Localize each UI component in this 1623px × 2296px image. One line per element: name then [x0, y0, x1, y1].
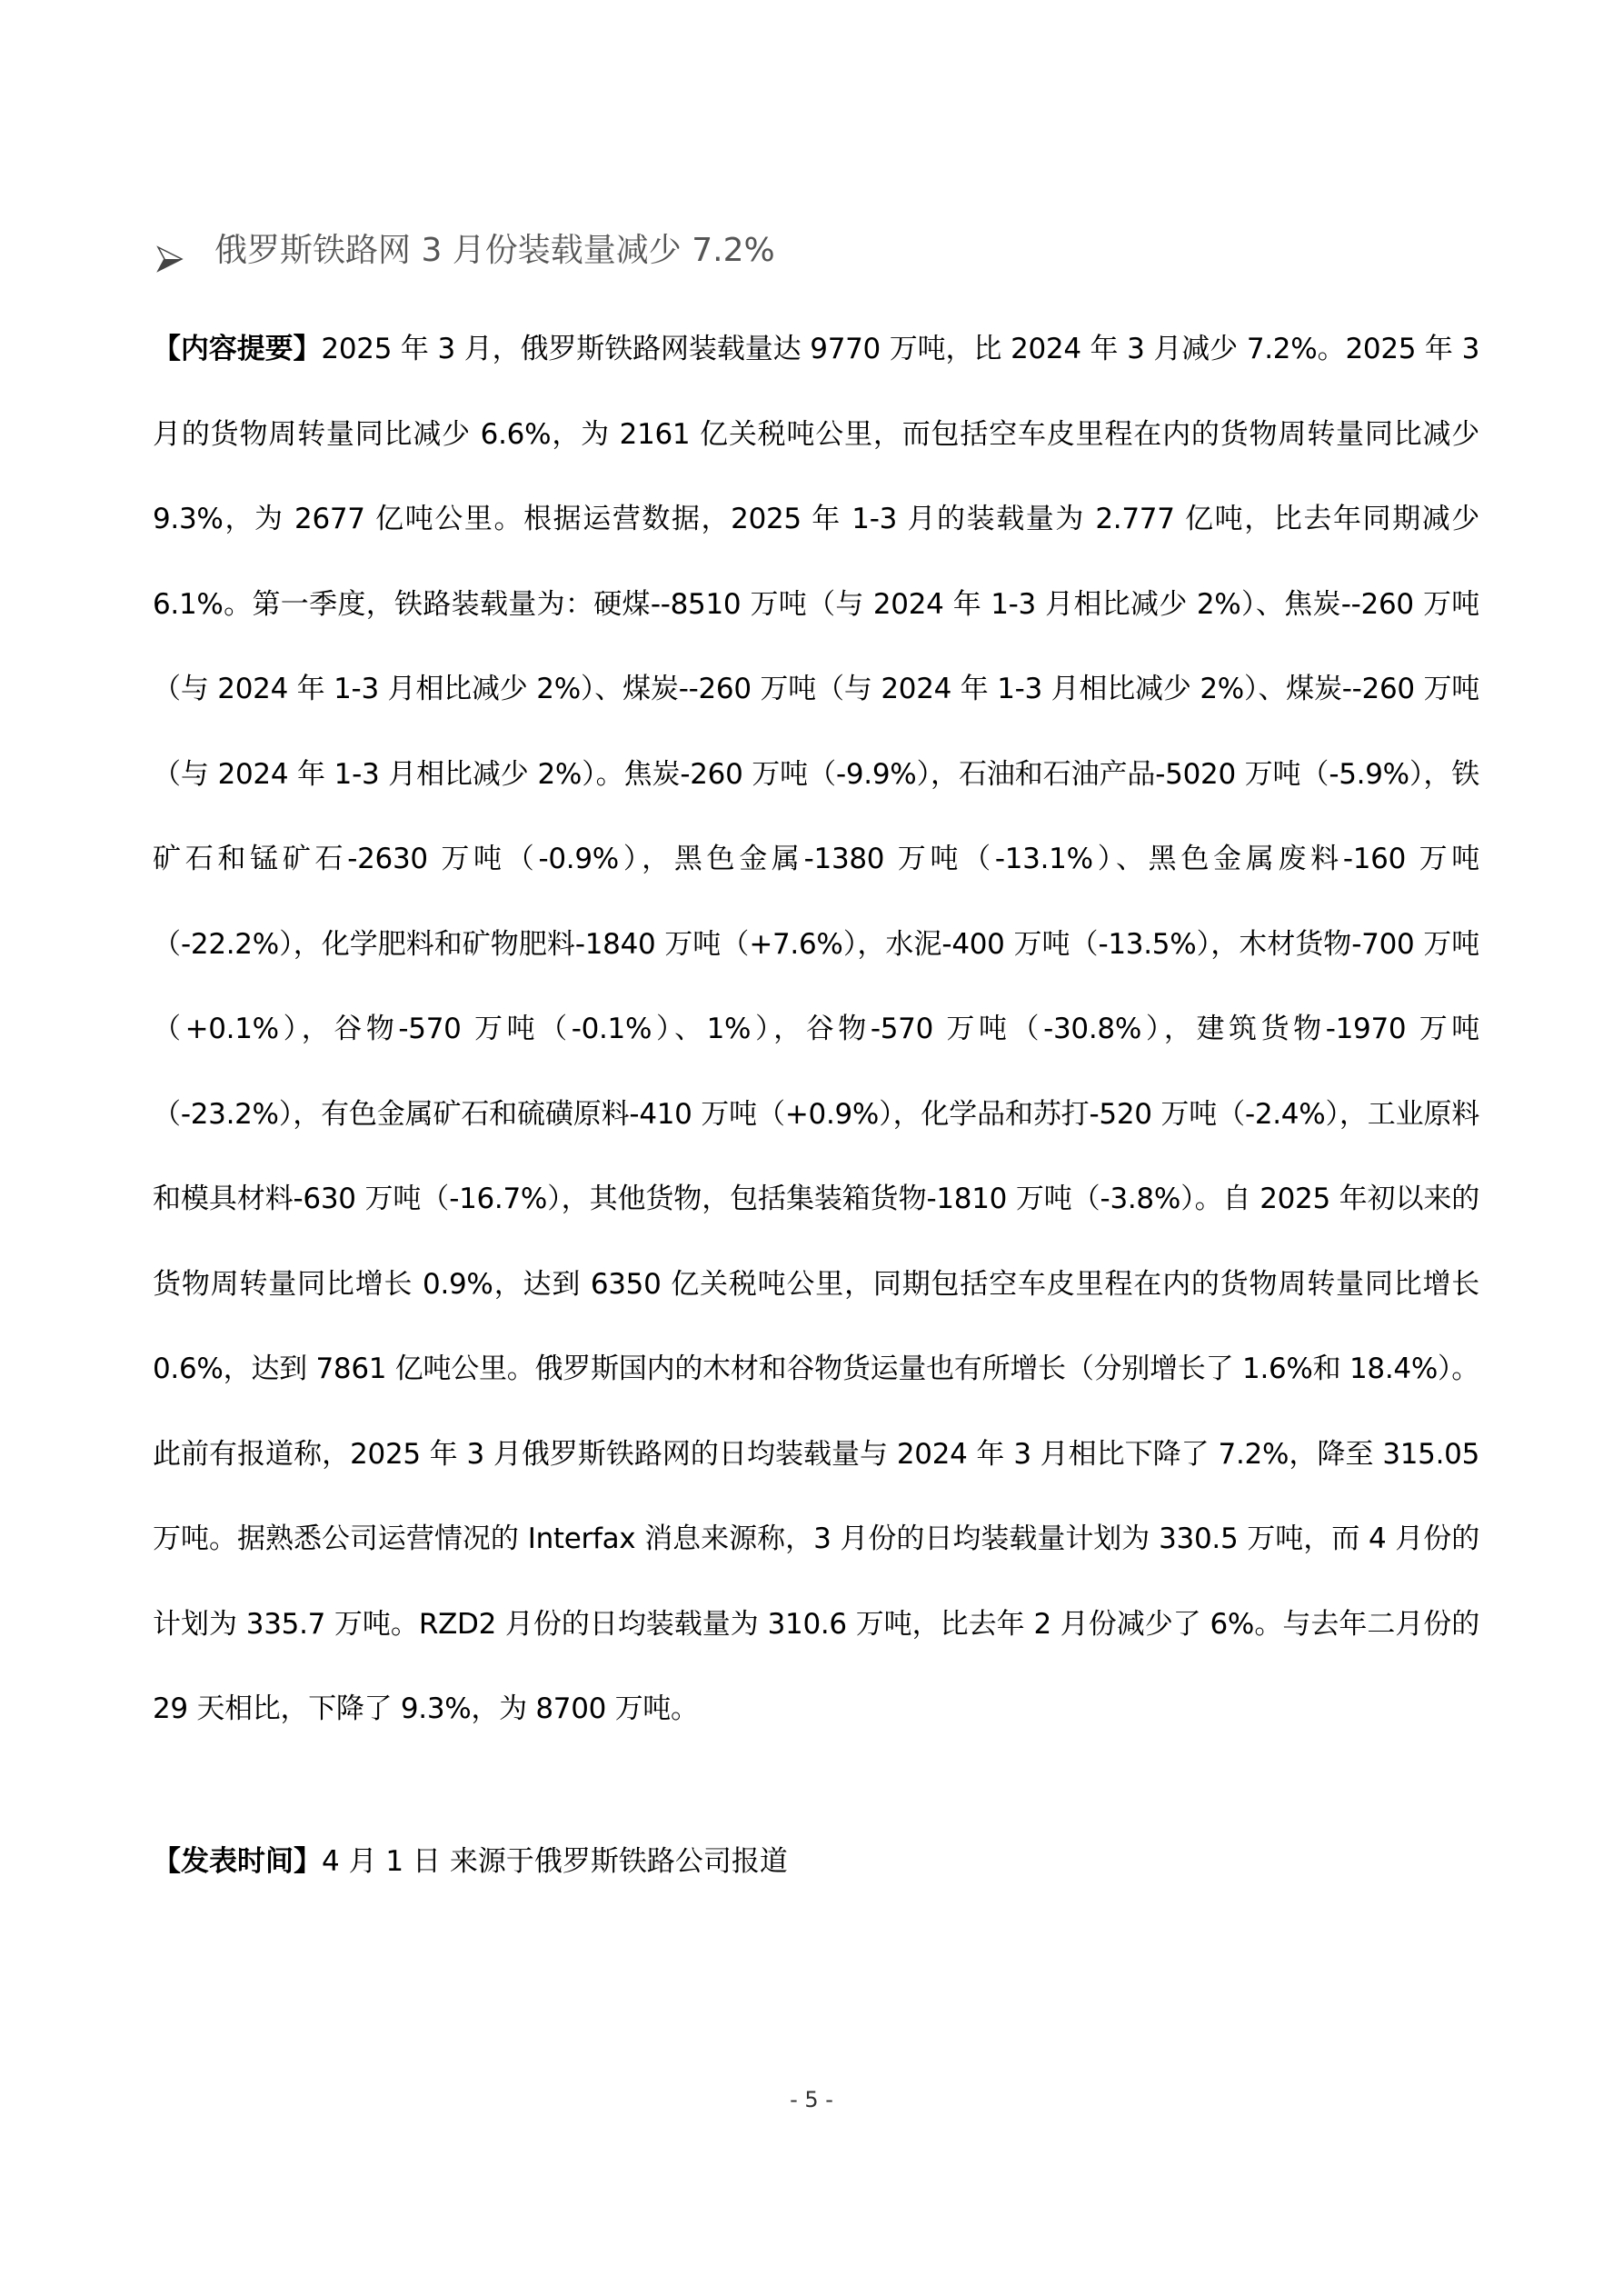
publication-info: 【发表时间】4 月 1 日 来源于俄罗斯铁路公司报道	[153, 1834, 788, 1889]
arrowhead-bullet-icon	[156, 237, 184, 265]
publication-label: 【发表时间】	[153, 1845, 322, 1878]
heading-title: 俄罗斯铁路网 3 月份装载量减少 7.2%	[214, 225, 775, 276]
section-heading: 俄罗斯铁路网 3 月份装载量减少 7.2%	[156, 225, 775, 276]
summary-paragraph: 【内容提要】2025 年 3 月，俄罗斯铁路网装载量达 9770 万吨，比 20…	[153, 307, 1479, 1752]
summary-text: 2025 年 3 月，俄罗斯铁路网装载量达 9770 万吨，比 2024 年 3…	[153, 333, 1479, 1725]
page-number: - 5 -	[0, 2087, 1623, 2112]
publication-text: 4 月 1 日 来源于俄罗斯铁路公司报道	[322, 1845, 788, 1878]
summary-label: 【内容提要】	[153, 333, 321, 365]
document-page: 俄罗斯铁路网 3 月份装载量减少 7.2% 【内容提要】2025 年 3 月，俄…	[0, 0, 1623, 2296]
